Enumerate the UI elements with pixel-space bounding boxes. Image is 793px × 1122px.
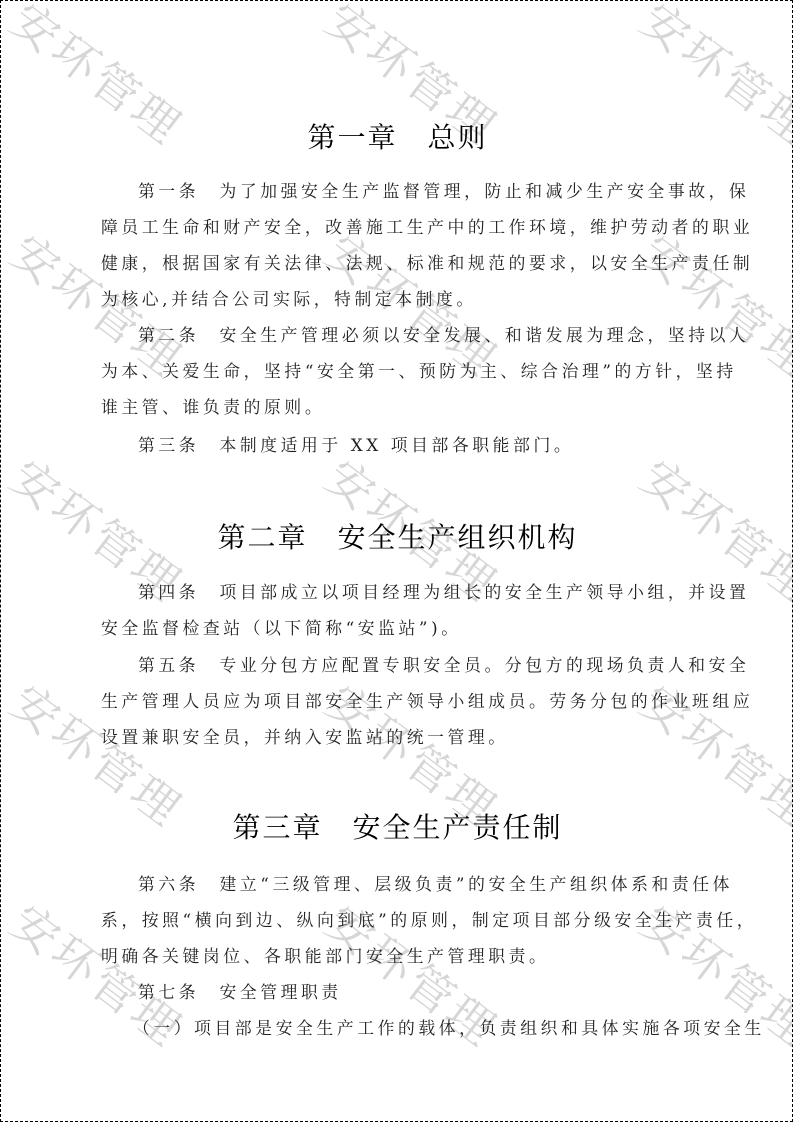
article-2-line: 第二条 安全生产管理必须以安全发展、和谐发展为理念，坚持以人: [138, 324, 749, 346]
article-4-line: 安全监督检查站（以下简称“安监站”)。: [101, 617, 462, 639]
article-2-line: 谁主管、谁负责的原则。: [101, 396, 325, 418]
article-6-line: 明确各关键岗位、各职能部门安全生产管理职责。: [101, 945, 549, 967]
document-page: 安环管理 安环管理 安环管理 安环管理 安环管理 安环管理 安环管理 安环管理 …: [0, 0, 793, 1122]
article-5-line: 设置兼职安全员，并纳入安监站的统一管理。: [101, 726, 509, 748]
article-1-line: 障员工生命和财产安全，改善施工生产中的工作环境，维护劳动者的职业: [101, 216, 753, 238]
article-6-line: 系，按照“横向到边、纵向到底”的原则，制定项目部分级安全生产责任，: [101, 909, 757, 931]
article-1-line: 为核心,并结合公司实际，特制定本制度。: [101, 288, 477, 310]
article-1-line: 第一条 为了加强安全生产监督管理，防止和减少生产安全事故，保: [138, 180, 749, 202]
chapter-3-heading: 第三章 安全生产责任制: [1, 811, 793, 845]
clause-1-line: （一）项目部是安全生产工作的载体，负责组织和具体实施各项安全生: [133, 1017, 765, 1039]
article-5-line: 生产管理人员应为项目部安全生产领导小组成员。劳务分包的作业班组应: [101, 690, 753, 712]
article-4-line: 第四条 项目部成立以项目经理为组长的安全生产领导小组，并设置: [138, 581, 749, 603]
chapter-2-heading: 第二章 安全生产组织机构: [1, 521, 793, 555]
article-5-line: 第五条 专业分包方应配置专职安全员。分包方的现场负责人和安全: [138, 654, 749, 676]
article-1-line: 健康，根据国家有关法律、法规、标准和规范的要求，以安全生产责任制: [101, 252, 753, 274]
article-7-line: 第七条 安全管理职责: [138, 981, 342, 1003]
chapter-1-heading: 第一章 总则: [1, 121, 793, 155]
article-2-line: 为本、关爱生命，坚持“安全第一、预防为主、综合治理”的方针，坚持: [101, 360, 737, 382]
article-6-line: 第六条 建立“三级管理、层级负责”的安全生产组织体系和责任体: [138, 873, 733, 895]
article-3-line: 第三条 本制度适用于 XX 项目部各职能部门。: [138, 434, 574, 456]
